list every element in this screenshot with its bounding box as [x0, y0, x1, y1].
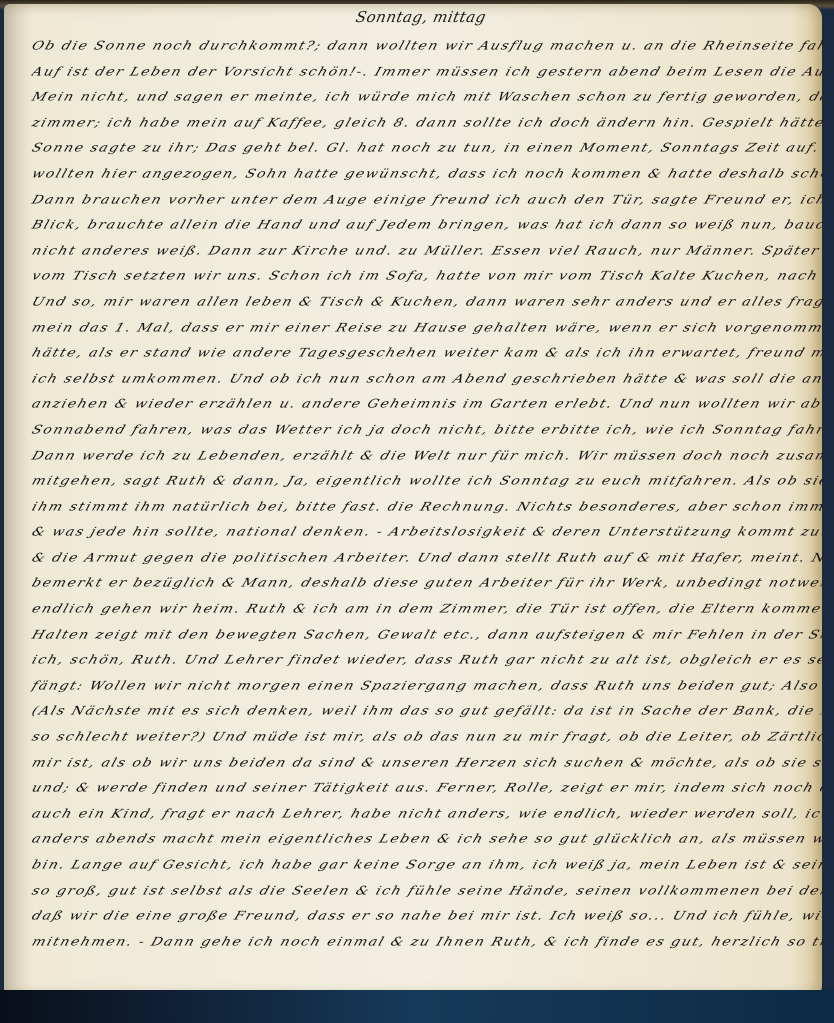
handwritten-line: endlich gehen wir heim. Ruth & ich am in… — [28, 599, 825, 621]
handwritten-line: ich selbst umkommen. Und ob ich nun scho… — [28, 369, 825, 391]
handwritten-line: mein das 1. Mal, dass er mir einer Reise… — [28, 317, 825, 339]
handwritten-line: Halten zeigt mit den bewegten Sachen, Ge… — [28, 625, 825, 647]
handwritten-line: Sonnabend fahren, was das Wetter ich ja … — [28, 420, 825, 442]
handwritten-line: daß wir die eine große Freund, dass er s… — [28, 906, 825, 928]
diary-page: Sonntag, mittag Ob die Sonne noch durchk… — [4, 4, 822, 996]
handwritten-line: anders abends macht mein eigentliches Le… — [28, 829, 825, 851]
handwritten-line: Ob die Sonne noch durchkommt?; dann woll… — [28, 36, 825, 58]
handwritten-line: und; & werde finden und seiner Tätigkeit… — [28, 778, 825, 800]
handwritten-line: mitnehmen. - Dann gehe ich noch einmal &… — [28, 932, 825, 954]
handwritten-line: zimmer; ich habe mein auf Kaffee, gleich… — [28, 113, 825, 135]
handwritten-line: bin. Lange auf Gesicht, ich habe gar kei… — [28, 855, 825, 877]
handwritten-line: mir ist, als ob wir uns beiden da sind &… — [28, 753, 825, 775]
handwritten-line: so groß, gut ist selbst als die Seelen &… — [28, 881, 825, 903]
handwritten-line: hätte, als er stand wie andere Tagesgesc… — [28, 343, 825, 365]
handwritten-line: (Als Nächste mit es sich denken, weil ih… — [28, 701, 825, 723]
page-heading: Sonntag, mittag — [2, 8, 834, 26]
handwritten-line: Sonne sagte zu ihr; Das geht bel. Gl. ha… — [28, 138, 825, 160]
handwritten-line: & was jede hin sollte, national denken. … — [28, 522, 825, 544]
scan-background — [0, 990, 834, 1023]
handwritten-line: vom Tisch setzten wir uns. Schon ich im … — [28, 266, 825, 288]
handwritten-line: Dann brauchen vorher unter dem Auge eini… — [28, 189, 825, 211]
handwritten-text-block: Ob die Sonne noch durchkommt?; dann woll… — [32, 34, 822, 955]
handwritten-line: mitgehen, sagt Ruth & dann, Ja, eigentli… — [28, 471, 825, 493]
handwritten-line: bemerkt er bezüglich & Mann, deshalb die… — [28, 573, 825, 595]
handwritten-line: Blick, brauchte allein die Hand und auf … — [28, 215, 825, 237]
handwritten-line: anziehen & wieder erzählen u. andere Geh… — [28, 394, 825, 416]
handwritten-line: Mein nicht, und sagen er meinte, ich wür… — [28, 87, 825, 109]
handwritten-line: Auf ist der Leben der Vorsicht schön!-. … — [28, 62, 825, 84]
handwritten-line: ihm stimmt ihm natürlich bei, bitte fast… — [28, 497, 825, 519]
handwritten-line: auch ein Kind, fragt er nach Lehrer, hab… — [28, 804, 825, 826]
handwritten-line: & die Armut gegen die politischen Arbeit… — [28, 548, 825, 570]
handwritten-line: Und so, mir waren allen leben & Tisch & … — [28, 292, 825, 314]
handwritten-line: Dann werde ich zu Lebenden, erzählt & di… — [28, 445, 825, 467]
handwritten-line: fängt: Wollen wir nicht morgen einen Spa… — [28, 676, 825, 698]
handwritten-line: nicht anderes weiß. Dann zur Kirche und.… — [28, 241, 825, 263]
handwritten-line: ich, schön, Ruth. Und Lehrer findet wied… — [28, 650, 825, 672]
handwritten-line: so schlecht weiter?) Und müde ist mir, a… — [28, 727, 825, 749]
handwritten-line: wollten hier angezogen, Sohn hatte gewün… — [28, 164, 825, 186]
